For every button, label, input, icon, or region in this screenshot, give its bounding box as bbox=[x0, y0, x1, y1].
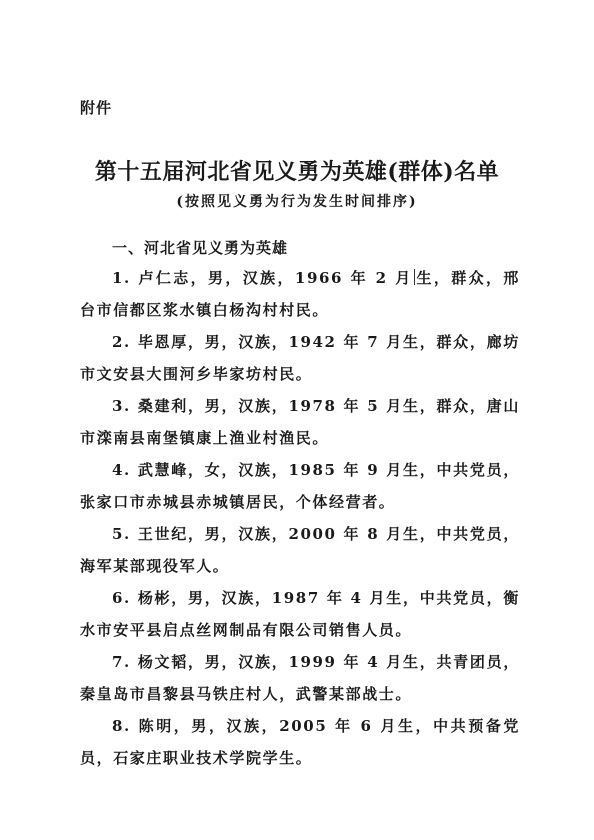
list-item: 3. 桑建利，男，汉族，1978 年 5 月生，群众，唐山市滦南县南堡镇康上渔业… bbox=[80, 390, 520, 454]
section-heading: 一、河北省见义勇为英雄 bbox=[112, 237, 288, 258]
list-item: 5. 王世纪，男，汉族，2000 年 8 月生，中共党员，海军某部现役军人。 bbox=[80, 518, 520, 582]
list-item: 2. 毕恩厚，男，汉族，1942 年 7 月生，群众，廊坊市文安县大围河乡毕家坊… bbox=[80, 326, 520, 390]
document-title: 第十五届河北省见义勇为英雄(群体)名单 bbox=[0, 155, 594, 186]
entry-text-part: 1. 卢仁志，男，汉族，1966 年 2 月 bbox=[112, 269, 413, 287]
document-page: 附件 第十五届河北省见义勇为英雄(群体)名单 (按照见义勇为行为发生时间排序) … bbox=[0, 0, 594, 840]
list-item: 6. 杨彬，男，汉族，1987 年 4 月生，中共党员，衡水市安平县启点丝网制品… bbox=[80, 582, 520, 646]
list-item: 1. 卢仁志，男，汉族，1966 年 2 月生，群众，邢台市信都区浆水镇白杨沟村… bbox=[80, 262, 520, 326]
list-item: 4. 武慧峰，女，汉族，1985 年 9 月生，中共党员，张家口市赤城县赤城镇居… bbox=[80, 454, 520, 518]
list-item: 8. 陈明，男，汉族，2005 年 6 月生，中共预备党员，石家庄职业技术学院学… bbox=[80, 710, 520, 774]
list-item: 7. 杨文韬，男，汉族，1999 年 4 月生，共青团员，秦皇岛市昌黎县马铁庄村… bbox=[80, 646, 520, 710]
text-cursor bbox=[414, 269, 415, 285]
document-subtitle: (按照见义勇为行为发生时间排序) bbox=[0, 191, 594, 211]
attachment-label: 附件 bbox=[80, 97, 112, 118]
